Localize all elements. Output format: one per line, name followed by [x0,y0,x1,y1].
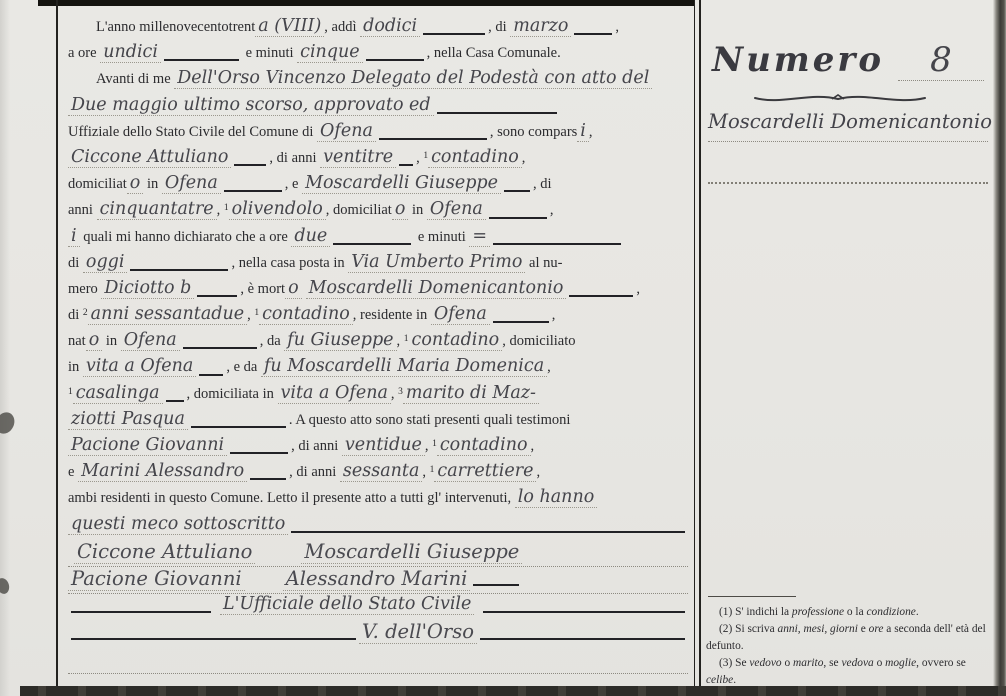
handwritten-entry: due [291,226,330,247]
handwritten-entry: ventidue [342,435,425,456]
footnote-text: (1) S' indichi la [719,606,792,618]
printed-text: e minuti [242,45,297,62]
handwritten-entry: i [577,121,589,142]
printed-text: in [68,359,83,376]
blank-line [569,295,633,297]
form-line: Ciccone AttulianoMoscardelli Giuseppe [68,540,688,567]
form-line: V. dell'Orso [68,620,688,646]
form-line: i quali mi hanno dichiarato che a ore du… [68,226,688,252]
printed-text: in [102,333,121,350]
blank-line [399,164,413,166]
form-line: Avanti di me Dell'Orso Vincenzo Delegato… [68,68,688,94]
printed-text: , nella casa posta in [231,255,348,272]
footnote-text: (3) Se [719,657,749,669]
handwritten-entry: fu Moscardelli Maria Domenica [261,356,547,377]
handwritten-entry: oggi [83,252,128,273]
handwritten-entry: contadino [409,330,503,351]
form-line: anni cinquantatre, 1olivendolo, domicili… [68,199,688,225]
printed-text: , da [260,333,285,350]
handwritten-entry: Due maggio ultimo scorso, approvato ed [68,95,434,116]
printed-text: , [522,150,526,167]
footnote-text: anni, mesi, giorni [778,623,858,635]
printed-text: , [550,202,554,219]
blank-line [366,59,424,61]
handwritten-entry: dodici [360,16,420,37]
scanned-death-record-page: { "sidebar": { "numero_label": "Numero",… [0,0,1006,696]
footnote-text: e [858,623,869,635]
scan-right-edge [993,0,1006,696]
column-divider-thin [694,0,695,687]
blank-line [166,400,184,402]
handwritten-entry: vita a Ofena [83,356,196,377]
handwritten-entry: lo hanno [515,487,597,508]
form-line: a ore undici e minuti cinque, nella Casa… [68,42,688,68]
printed-text: , [416,150,423,167]
handwritten-signature: V. dell'Orso [359,620,477,644]
printed-text: , di anni [269,150,320,167]
handwritten-entry: vita a Ofena [278,383,391,404]
printed-text: , [422,464,429,481]
handwritten-entry: anni sessantadue [88,304,247,325]
footnote-text: o la [844,606,866,618]
handwritten-entry: Via Umberto Primo [348,252,525,273]
footnotes-block: (1) S' indichi la professione o la condi… [706,596,994,690]
blank-line [483,611,685,613]
form-line: L'anno millenovecentotrenta (VIII), addì… [68,16,688,42]
form-line [68,647,688,674]
footnote-rule [708,596,796,597]
handwritten-entry: o [392,199,409,220]
form-line: di oggi, nella casa posta in Via Umberto… [68,252,688,278]
form-line: in vita a Ofena, e da fu Moscardelli Mar… [68,356,688,382]
printed-text: in [143,176,162,193]
footnote: (3) Se vedovo o marito, se vedova o mogl… [706,655,994,689]
footnote-text: o [874,657,885,669]
blank-line [493,243,621,245]
printed-text: , domiciliata in [187,386,278,403]
blank-line [250,478,286,480]
flourish-ornament [752,90,928,106]
handwritten-entry: Ofena [427,199,486,220]
margin-dotted-line [708,182,988,184]
footnote: (1) S' indichi la professione o la condi… [706,604,994,621]
deceased-name-margin: Moscardelli Domenicantonio [708,110,988,142]
handwritten-entry: a (VIII) [255,16,324,37]
printed-text: , [425,438,432,455]
printed-text: , [247,307,254,324]
handwritten-entry: Ofena [317,121,376,142]
blank-line [183,347,257,349]
handwritten-entry: Moscardelli Giuseppe [302,173,501,194]
footnote-text: ore [869,623,884,635]
printed-text: Avanti di me [96,71,174,88]
footnote-text: o [782,657,793,669]
blank-line [234,164,266,166]
handwritten-entry: fu Giuseppe [284,330,396,351]
handwritten-entry: o [86,330,103,351]
blank-line [164,59,239,61]
form-line: L'Ufficiale dello Stato Civile [68,594,688,620]
footnote-list: (1) S' indichi la professione o la condi… [706,604,994,690]
handwritten-entry: cinquantatre [97,199,217,220]
printed-text: , [397,333,404,350]
handwritten-entry: Pacione Giovanni [68,435,227,456]
printed-text: , nella Casa Comunale. [427,45,561,62]
printed-text: al nu- [525,255,562,272]
printed-text: , [531,438,535,455]
blank-line [574,33,612,35]
printed-text: Uffiziale dello Stato Civile del Comune … [68,124,317,141]
printed-text: , [615,19,619,36]
handwritten-entry: o [285,278,302,299]
handwritten-signature: Moscardelli Giuseppe [301,540,522,564]
form-line: ambi residenti in questo Comune. Letto i… [68,487,688,513]
form-line: ziotti Pasqua. A questo atto sono stati … [68,409,688,435]
footnote: (2) Si scriva anni, mesi, giorni e ore a… [706,621,994,655]
printed-text: , e [285,176,302,193]
printed-text: e minuti [414,229,469,246]
printed-text: , e da [226,359,261,376]
blank-line [437,112,557,114]
printed-text: , [217,202,224,219]
handwritten-entry: marzo [510,16,571,37]
printed-text: , [536,464,540,481]
handwritten-entry: olivendolo [229,199,326,220]
footnote-text: professione [792,606,844,618]
printed-text: a ore [68,45,100,62]
blank-line [493,321,549,323]
footnote-text: marito [793,657,823,669]
handwritten-entry: Marini Alessandro [78,461,247,482]
printed-text: mero [68,281,101,298]
footnote-text: (2) Si scriva [719,623,778,635]
blank-line [130,269,228,271]
handwritten-entry: questi meco sottoscritto [68,514,288,535]
blank-line [191,426,286,428]
form-line: Uffiziale dello Stato Civile del Comune … [68,121,688,147]
handwritten-entry: Moscardelli Domenicantonio [306,278,567,299]
handwritten-entry: contadino [428,147,522,168]
form-line: 1casalinga, domiciliata in vita a Ofena,… [68,383,688,409]
handwritten-signature: Pacione Giovanni [68,567,245,591]
blank-line [504,190,530,192]
handwritten-entry: contadino [259,304,353,325]
printed-text: di [68,307,83,324]
blank-line [379,138,487,140]
handwritten-entry: sessanta [340,461,422,482]
form-line: e Marini Alessandro, di anni sessanta, 1… [68,461,688,487]
printed-text: , di [488,19,510,36]
footnote-text: celibe [706,674,733,686]
handwritten-entry: Ofena [121,330,180,351]
blank-line [480,638,685,640]
blank-line [291,531,685,533]
handwritten-entry: carrettiere [434,461,536,482]
blank-line [197,295,237,297]
printed-text: , [552,307,556,324]
act-number-row: Numero 8 [712,40,984,81]
printed-text: , domiciliat [326,202,392,219]
numero-label: Numero [712,40,884,80]
handwritten-entry: Ofena [162,173,221,194]
footnote-text: . [733,674,736,686]
printed-text: nat [68,333,86,350]
handwritten-entry: L'Ufficiale dello Stato Civile [220,594,474,615]
blank-line [71,638,356,640]
printed-text: , è mort [240,281,285,298]
handwritten-entry: ventitre [320,147,396,168]
blank-line [71,611,211,613]
printed-text: in [408,202,427,219]
printed-text: , di [533,176,552,193]
form-line: di 2anni sessantadue, 1contadino, reside… [68,304,688,330]
printed-text: quali mi hanno dichiarato che a ore [80,229,292,246]
printed-text: L'anno millenovecentotrent [96,19,255,36]
printed-text: . A questo atto sono stati presenti qual… [289,412,571,429]
form-line: questi meco sottoscritto [68,514,688,540]
form-line: Pacione GiovanniAlessandro Marini [68,567,688,594]
handwritten-entry: i [68,226,80,247]
footnote-text: , se [823,657,841,669]
handwritten-signature: Alessandro Marini [283,567,471,591]
form-line: Ciccone Attuliano, di anni ventitre, 1co… [68,147,688,173]
handwritten-entry: undici [100,42,161,63]
footnote-text: . [916,606,919,618]
handwritten-entry: Dell'Orso Vincenzo Delegato del Podestà … [174,68,652,89]
blank-line [199,374,223,376]
numero-value: 8 [898,40,984,81]
printed-text: , [391,386,398,403]
handwritten-entry: casalinga [73,383,163,404]
form-line: mero Diciotto b, è mortoMoscardelli Dome… [68,278,688,304]
handwritten-entry: cinque [297,42,363,63]
printed-text: , residente in [353,307,431,324]
handwritten-entry: marito di Maz- [403,383,539,404]
printed-text: e [68,464,78,481]
footnote-text: vedova [841,657,873,669]
handwritten-entry: ziotti Pasqua [68,409,188,430]
blank-line [489,217,547,219]
form-line: Pacione Giovanni, di anni ventidue, 1con… [68,435,688,461]
printed-text: , sono compars [490,124,577,141]
printed-text: , domiciliato [502,333,575,350]
handwritten-entry: Ciccone Attuliano [68,147,231,168]
printed-text: , [547,359,551,376]
handwritten-entry: = [469,226,490,247]
handwritten-entry: Ofena [431,304,490,325]
printed-text: domiciliat [68,176,127,193]
printed-text: di [68,255,83,272]
blank-line [230,452,288,454]
printed-text: , addì [324,19,360,36]
blank-line [473,584,519,586]
printed-text: , [589,124,593,141]
handwritten-entry: Diciotto b [101,278,194,299]
handwritten-signature: Ciccone Attuliano [74,540,255,564]
printed-text: , di anni [291,438,342,455]
footnote-text: moglie [885,657,916,669]
blank-line [224,190,282,192]
footnote-text: , ovvero se [916,657,966,669]
death-act-body: L'anno millenovecentotrenta (VIII), addì… [58,0,694,686]
printed-text: , di anni [289,464,340,481]
blank-line [423,33,485,35]
handwritten-entry: contadino [437,435,531,456]
footnote-text: vedovo [749,657,781,669]
footnote-text: condizione [867,606,916,618]
printed-text: , [636,281,640,298]
handwritten-entry: o [127,173,144,194]
column-divider-thick [699,0,701,687]
form-line: Due maggio ultimo scorso, approvato ed [68,95,688,121]
form-line: nato in Ofena, da fu Giuseppe, 1contadin… [68,330,688,356]
act-lines: L'anno millenovecentotrenta (VIII), addì… [68,16,688,674]
blank-line [333,243,411,245]
printed-text: ambi residenti in questo Comune. Letto i… [68,490,515,507]
form-line: domiciliato in Ofena, e Moscardelli Gius… [68,173,688,199]
printed-text: anni [68,202,97,219]
